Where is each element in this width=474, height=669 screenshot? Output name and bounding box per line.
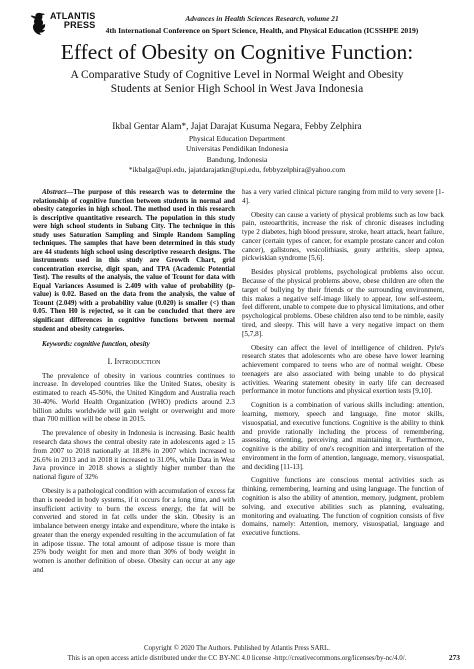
conference-title: 4th International Conference on Sport Sc… <box>90 26 434 35</box>
left-column: Abstract—The purpose of this research wa… <box>33 188 235 580</box>
author-emails: *ikbalga@upi.edu, jajatdarajatkn@upi.edu… <box>0 165 474 175</box>
abstract-paragraph: Abstract—The purpose of this research wa… <box>33 188 235 333</box>
right-column: has a very varied clinical picture rangi… <box>242 188 444 580</box>
license-line: This is an open access article distribut… <box>0 654 474 663</box>
body-paragraph: Obesity can affect the level of intellig… <box>242 344 444 397</box>
header-center: Advances in Health Sciences Research, vo… <box>90 14 434 35</box>
keywords-line: Keywords: cognitive function, obesity <box>33 340 235 349</box>
paper-subtitle: A Comparative Study of Cognitive Level i… <box>55 69 419 96</box>
body-paragraph: Besides physical problems, psychological… <box>242 268 444 338</box>
page-number: 273 <box>449 653 460 663</box>
atlantis-press-logo: ATLANTIS PRESS <box>30 12 95 36</box>
authors-block: Ikbal Gentar Alam*, Jajat Darajat Kusuma… <box>0 122 474 175</box>
paper-page: ATLANTIS PRESS Advances in Health Scienc… <box>0 0 474 669</box>
author-university: Universitas Pendidikan Indonesia <box>0 144 474 154</box>
body-paragraph: Cognition is a combination of various sk… <box>242 401 444 471</box>
body-columns: Abstract—The purpose of this research wa… <box>33 188 444 580</box>
body-paragraph: Obesity can cause a variety of physical … <box>242 211 444 264</box>
abstract-label: Abstract— <box>42 188 73 196</box>
paper-title: Effect of Obesity on Cognitive Function: <box>0 40 474 65</box>
atlantis-bird-icon <box>30 12 47 36</box>
body-paragraph: The prevalence of obesity in Indonesia i… <box>33 429 235 482</box>
author-department: Physical Education Department <box>0 134 474 144</box>
body-paragraph: The prevalence of obesity in various cou… <box>33 372 235 425</box>
logo-line2: PRESS <box>50 21 95 30</box>
section-heading-introduction: I. Introduction <box>33 357 235 367</box>
author-names: Ikbal Gentar Alam*, Jajat Darajat Kusuma… <box>0 122 474 132</box>
body-paragraph: has a very varied clinical picture rangi… <box>242 188 444 206</box>
journal-title: Advances in Health Sciences Research, vo… <box>90 14 434 23</box>
copyright-line: Copyright © 2020 The Authors. Published … <box>0 644 474 653</box>
body-paragraph: Obesity is a pathological condition with… <box>33 487 235 575</box>
author-city: Bandung, Indonesia <box>0 155 474 165</box>
abstract-text: The purpose of this research was to dete… <box>33 188 235 333</box>
logo-wordmark: ATLANTIS PRESS <box>50 12 95 31</box>
page-footer: Copyright © 2020 The Authors. Published … <box>0 644 474 663</box>
body-paragraph: Cognitive functions are conscious mental… <box>242 476 444 537</box>
